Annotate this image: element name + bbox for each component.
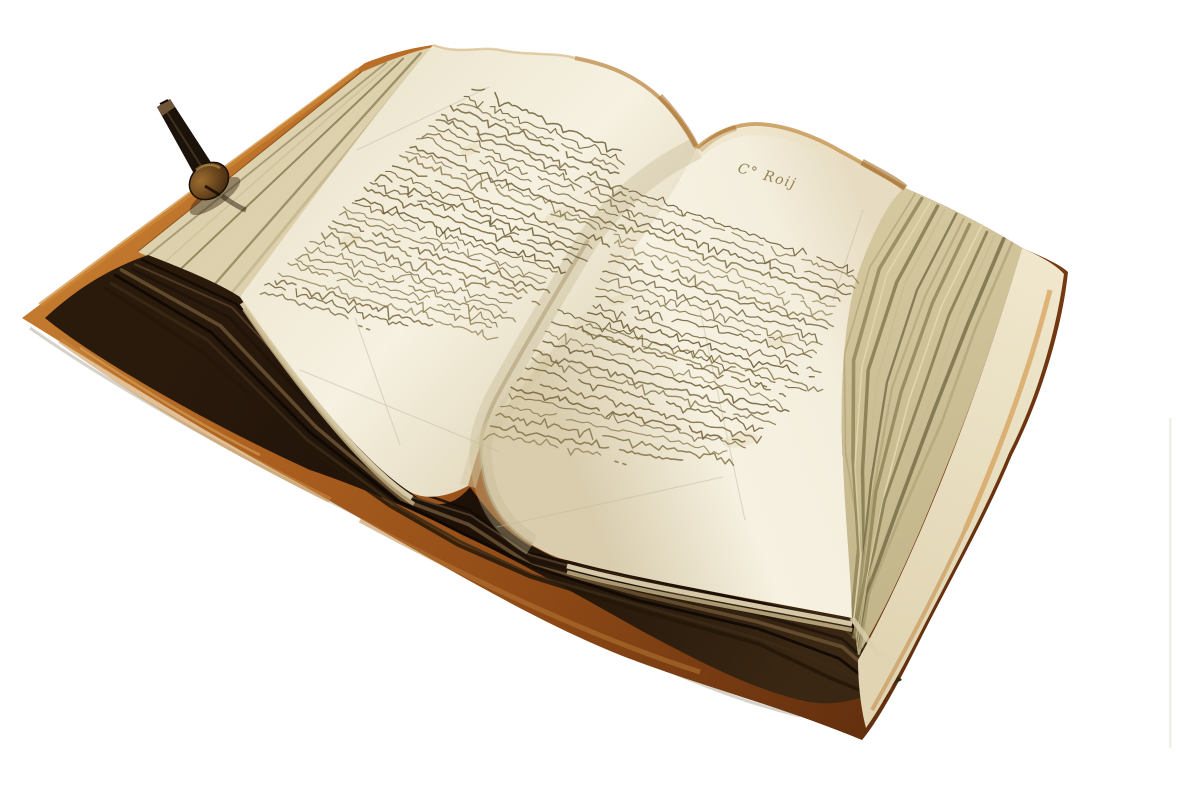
- manuscript-photo: C° Roij: [0, 0, 1180, 785]
- scan-artifact-line: [1169, 418, 1172, 748]
- manuscript-photo-svg: C° Roij: [0, 0, 1180, 785]
- clasp-strap-highlight: [163, 106, 205, 172]
